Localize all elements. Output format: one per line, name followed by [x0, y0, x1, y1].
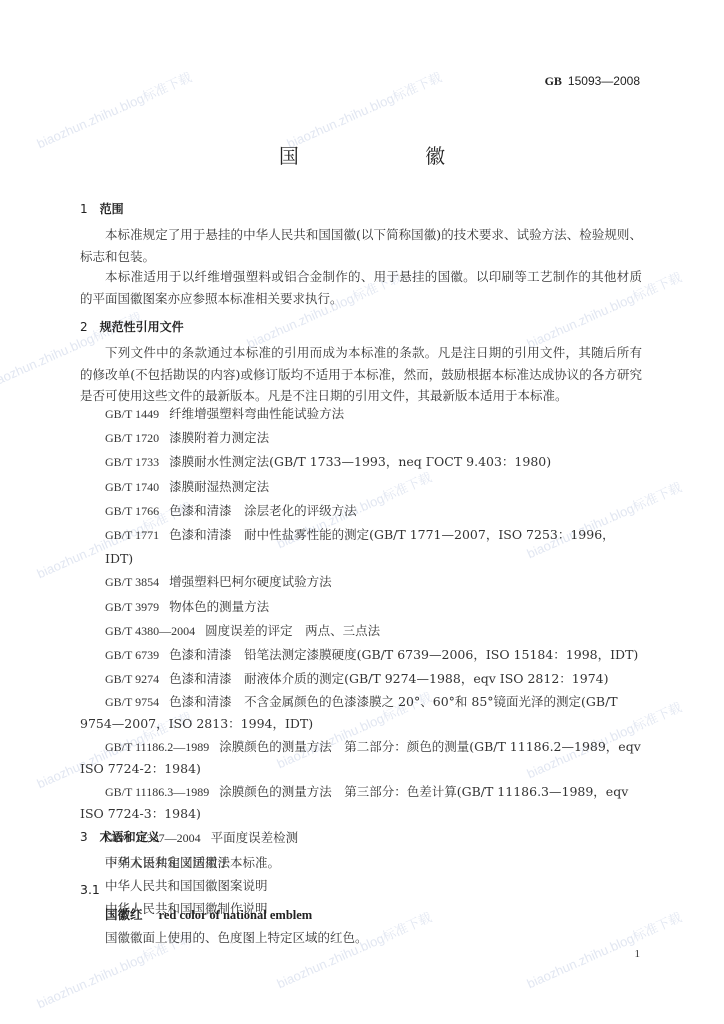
reference-item: GB/T 3979物体色的测量方法	[80, 595, 642, 619]
reference-item: GB/T 11186.3—1989涂膜颜色的测量方法 第三部分：色差计算(GB/…	[80, 781, 642, 824]
term-definition: 国徽徽面上使用的、色度图上特定区域的红色。	[105, 928, 368, 946]
section-1-paragraph-1: 本标准规定了用于悬挂的中华人民共和国国徽(以下简称国徽)的技术要求、试验方法、检…	[80, 224, 642, 267]
section-2-paragraph: 下列文件中的条款通过本标准的引用而成为本标准的条款。凡是注日期的引用文件，其随后…	[80, 342, 642, 407]
term-zh: 国徽红	[105, 907, 143, 922]
section-heading-1: 1范围	[80, 200, 124, 217]
reference-item: GB/T 1449纤维增强塑料弯曲性能试验方法	[80, 402, 642, 426]
reference-item: GB/T 3854增强塑料巴柯尔硬度试验方法	[80, 570, 642, 594]
standard-prefix: GB	[545, 74, 562, 88]
standard-code: 15093—2008	[568, 74, 640, 88]
section-heading-2: 2规范性引用文件	[80, 318, 184, 335]
reference-item: GB/T 1766色漆和清漆 涂层老化的评级方法	[80, 499, 642, 523]
reference-item: GB/T 1740漆膜耐湿热测定法	[80, 475, 642, 499]
reference-item: GB/T 1733漆膜耐水性测定法(GB/T 1733—1993，neq ГОС…	[80, 450, 642, 474]
reference-item: GB/T 9754色漆和清漆 不含金属颜色的色漆漆膜之 20°、60°和 85°…	[80, 691, 642, 734]
reference-item: GB/T 4380—2004圆度误差的评定 两点、三点法	[80, 619, 642, 643]
reference-item: GB/T 11186.2—1989涂膜颜色的测量方法 第二部分：颜色的测量(GB…	[80, 736, 642, 779]
section-1-paragraph-2: 本标准适用于以纤维增强塑料或铝合金制作的、用于悬挂的国徽。以印刷等工艺制作的其他…	[80, 266, 642, 309]
term: 国徽红red color of national emblem	[105, 905, 312, 923]
standard-number: GB15093—2008	[545, 74, 640, 89]
reference-item: GB/T 11337—2004平面度误差检测	[80, 826, 642, 850]
page-number: 1	[635, 948, 641, 960]
reference-item: GB/T 6739色漆和清漆 铅笔法测定漆膜硬度(GB/T 6739—2006，…	[80, 643, 642, 667]
section-3-paragraph: 下列术语和定义适用于本标准。	[80, 852, 642, 874]
reference-item: 中华人民共和国国徽图案说明	[80, 874, 642, 897]
document-page: biaozhun.zhihu.blog标准下载 biaozhun.zhihu.b…	[0, 0, 724, 1024]
term-en: red color of national emblem	[159, 908, 313, 922]
document-title: 国 徽	[0, 140, 724, 169]
reference-item: GB/T 1720漆膜附着力测定法	[80, 426, 642, 450]
section-heading-3: 3术语和定义	[80, 828, 160, 845]
clause-number: 3.1	[80, 882, 100, 897]
reference-item: GB/T 9274色漆和清漆 耐液体介质的测定(GB/T 9274—1988，e…	[80, 667, 642, 691]
reference-list: GB/T 1449纤维增强塑料弯曲性能试验方法 GB/T 1720漆膜附着力测定…	[80, 402, 642, 920]
reference-item: GB/T 1771色漆和清漆 耐中性盐雾性能的测定(GB/T 1771—2007…	[80, 523, 642, 570]
